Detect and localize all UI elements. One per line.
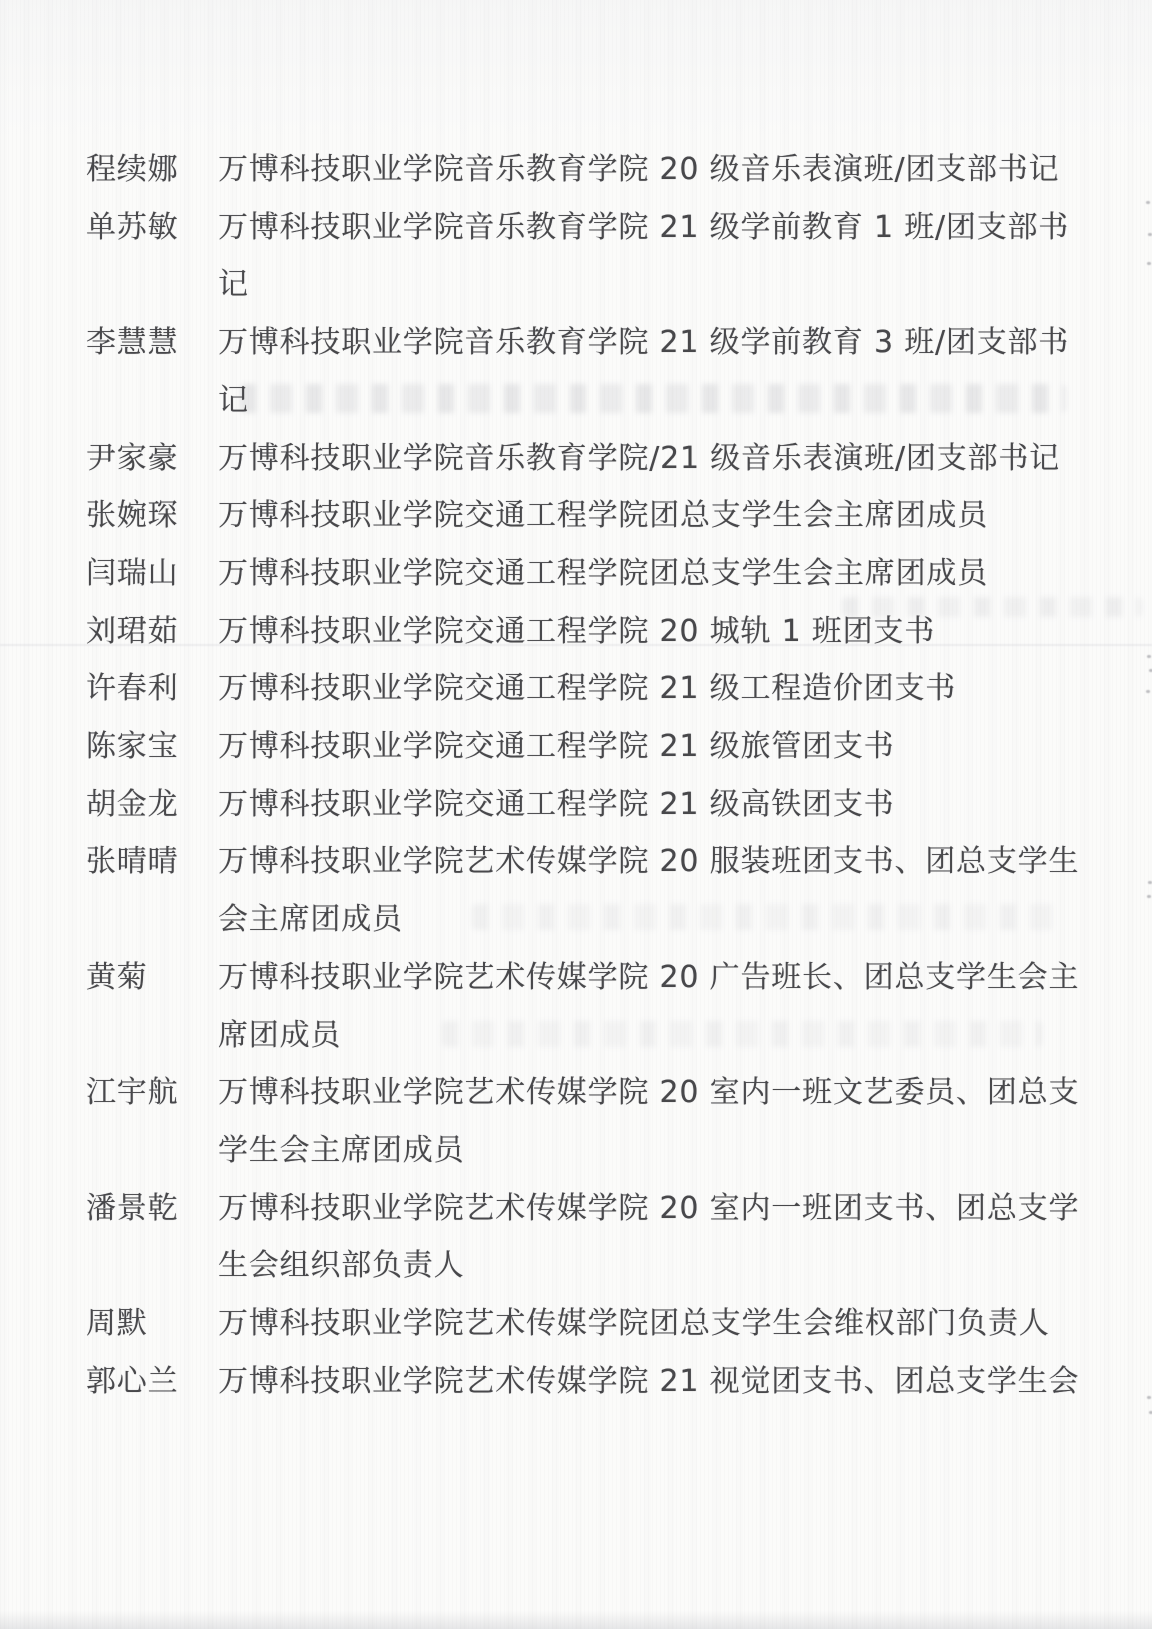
scan-speck (1146, 201, 1150, 204)
entry-role: 万博科技职业学院艺术传媒学院 21 视觉团支书、团总支学生会 (218, 1353, 1083, 1411)
entry-role: 万博科技职业学院艺术传媒学院 20 服装班团支书、团总支学生会主席团成员 (218, 833, 1083, 948)
scan-speck (1148, 233, 1152, 236)
roster-list: 程续娜 万博科技职业学院音乐教育学院 20 级音乐表演班/团支部书记 单苏敏 万… (86, 141, 1096, 1410)
entry-role: 万博科技职业学院音乐教育学院 21 级学前教育 3 班/团支部书记 (218, 314, 1083, 429)
entry-name: 程续娜 (86, 141, 218, 199)
entry-name: 许春利 (86, 660, 218, 718)
entry-role: 万博科技职业学院交通工程学院 21 级工程造价团支书 (218, 660, 1083, 718)
scan-speck (1147, 1396, 1151, 1399)
entry-name: 周默 (86, 1295, 218, 1353)
document-page: 程续娜 万博科技职业学院音乐教育学院 20 级音乐表演班/团支部书记 单苏敏 万… (0, 0, 1152, 1629)
list-entry: 黄菊 万博科技职业学院艺术传媒学院 20 广告班长、团总支学生会主席团成员 (86, 949, 1096, 1064)
list-entry: 单苏敏 万博科技职业学院音乐教育学院 21 级学前教育 1 班/团支部书记 (86, 199, 1096, 314)
list-entry: 程续娜 万博科技职业学院音乐教育学院 20 级音乐表演班/团支部书记 (86, 141, 1096, 199)
entry-name: 江宇航 (86, 1064, 218, 1122)
entry-name: 张婉琛 (86, 487, 218, 545)
entry-role: 万博科技职业学院音乐教育学院 20 级音乐表演班/团支部书记 (218, 141, 1083, 199)
list-entry: 李慧慧 万博科技职业学院音乐教育学院 21 级学前教育 3 班/团支部书记 (86, 314, 1096, 429)
entry-role: 万博科技职业学院艺术传媒学院 20 室内一班团支书、团总支学生会组织部负责人 (218, 1180, 1083, 1295)
entry-name: 潘景乾 (86, 1180, 218, 1238)
entry-name: 黄菊 (86, 949, 218, 1007)
entry-name: 张晴晴 (86, 833, 218, 891)
entry-role: 万博科技职业学院交通工程学院 20 城轨 1 班团支书 (218, 603, 1083, 661)
entry-role: 万博科技职业学院艺术传媒学院 20 广告班长、团总支学生会主席团成员 (218, 949, 1083, 1064)
list-entry: 闫瑞山 万博科技职业学院交通工程学院团总支学生会主席团成员 (86, 545, 1096, 603)
list-entry: 刘珺茹 万博科技职业学院交通工程学院 20 城轨 1 班团支书 (86, 603, 1096, 661)
scan-speck (1147, 262, 1151, 265)
entry-name: 李慧慧 (86, 314, 218, 372)
entry-role: 万博科技职业学院交通工程学院团总支学生会主席团成员 (218, 545, 1083, 603)
list-entry: 周默 万博科技职业学院艺术传媒学院团总支学生会维权部门负责人 (86, 1295, 1096, 1353)
list-entry: 许春利 万博科技职业学院交通工程学院 21 级工程造价团支书 (86, 660, 1096, 718)
list-entry: 郭心兰 万博科技职业学院艺术传媒学院 21 视觉团支书、团总支学生会 (86, 1353, 1096, 1411)
scan-top-shade (0, 0, 1152, 135)
entry-name: 尹家豪 (86, 430, 218, 488)
list-entry: 潘景乾 万博科技职业学院艺术传媒学院 20 室内一班团支书、团总支学生会组织部负… (86, 1180, 1096, 1295)
scan-bottom-shade (0, 1611, 1152, 1629)
list-entry: 陈家宝 万博科技职业学院交通工程学院 21 级旅管团支书 (86, 718, 1096, 776)
entry-name: 闫瑞山 (86, 545, 218, 603)
entry-name: 刘珺茹 (86, 603, 218, 661)
entry-role: 万博科技职业学院艺术传媒学院团总支学生会维权部门负责人 (218, 1295, 1083, 1353)
list-entry: 胡金龙 万博科技职业学院交通工程学院 21 级高铁团支书 (86, 776, 1096, 834)
scan-speck (1148, 881, 1152, 884)
entry-name: 郭心兰 (86, 1353, 218, 1411)
list-entry: 尹家豪 万博科技职业学院音乐教育学院/21 级音乐表演班/团支部书记 (86, 430, 1096, 488)
scan-speck (1147, 895, 1151, 898)
entry-role: 万博科技职业学院交通工程学院 21 级高铁团支书 (218, 776, 1083, 834)
entry-role: 万博科技职业学院音乐教育学院/21 级音乐表演班/团支部书记 (218, 430, 1083, 488)
list-entry: 江宇航 万博科技职业学院艺术传媒学院 20 室内一班文艺委员、团总支学生会主席团… (86, 1064, 1096, 1179)
entry-role: 万博科技职业学院交通工程学院团总支学生会主席团成员 (218, 487, 1083, 545)
entry-role: 万博科技职业学院音乐教育学院 21 级学前教育 1 班/团支部书记 (218, 199, 1083, 314)
entry-role: 万博科技职业学院交通工程学院 21 级旅管团支书 (218, 718, 1083, 776)
entry-name: 单苏敏 (86, 199, 218, 257)
list-entry: 张婉琛 万博科技职业学院交通工程学院团总支学生会主席团成员 (86, 487, 1096, 545)
entry-name: 陈家宝 (86, 718, 218, 776)
scan-speck (1146, 690, 1150, 693)
scan-speck (1147, 655, 1151, 658)
list-entry: 张晴晴 万博科技职业学院艺术传媒学院 20 服装班团支书、团总支学生会主席团成员 (86, 833, 1096, 948)
entry-role: 万博科技职业学院艺术传媒学院 20 室内一班文艺委员、团总支学生会主席团成员 (218, 1064, 1083, 1179)
entry-name: 胡金龙 (86, 776, 218, 834)
